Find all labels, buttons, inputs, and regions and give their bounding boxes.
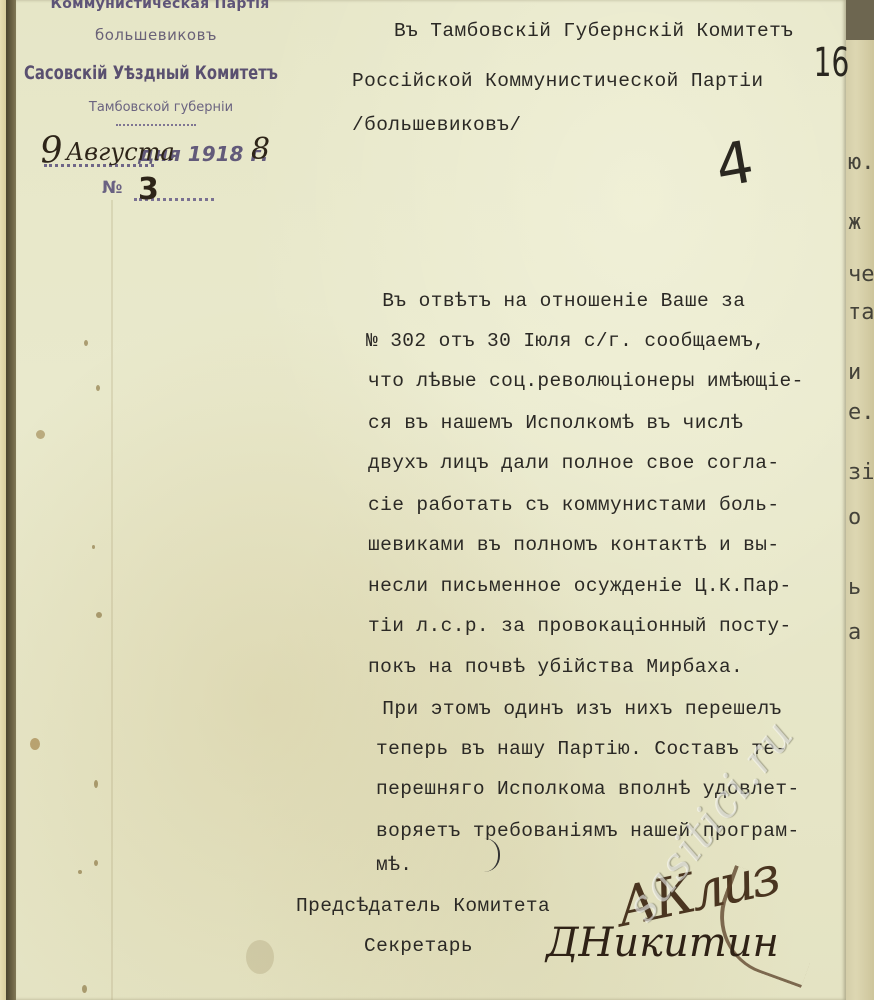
underlying-sheet-fragment: ь [848,575,861,600]
paper-damage-spot [92,545,95,549]
underlying-sheet-fragment: че [848,262,874,287]
paper-damage-spot [30,738,40,750]
body-line: покъ на почвѣ убійства Мирбаха. [368,656,743,678]
body-line: что лѣвые соц.революціонеры имѣющіе- [368,370,804,392]
paper-damage-spot [96,385,100,391]
addressee-line: Въ Тамбовскій Губернскій Комитетъ [394,20,793,42]
secretary-signature: ДНикитин [546,920,779,966]
body-line: несли письменное осужденіе Ц.К.Пар- [368,575,792,597]
addressee-line: /большевиковъ/ [352,114,521,136]
document-scan: ю. ж че та и е. зі о ь а Коммунистическа… [0,0,874,1000]
paper-stain [246,940,274,974]
handwritten-day: 9 [39,129,65,171]
stamp-party-name: Коммунистическая Партія [40,0,280,12]
body-line: мѣ. [376,854,412,876]
body-line: сіе работать съ коммунистами боль- [368,494,779,516]
fold-line [111,200,113,1000]
stamp-number-label: № [102,178,122,198]
paper-damage-spot [82,985,87,993]
body-line: ся въ нашемъ Исполкомѣ въ числѣ [368,412,743,434]
handwritten-year-digit: 8 [251,132,270,167]
handwritten-page-number: 16 [814,40,850,86]
underlying-sheet-fragment: и [848,360,861,385]
body-line: двухъ лицъ дали полное свое согла- [368,452,779,474]
underlying-sheet-fragment: е. [848,400,874,425]
paper-damage-spot [94,860,98,866]
body-line: тіи л.с.р. за провокаціонный посту- [368,615,792,637]
paper-damage-spot [96,612,102,618]
body-line: шевиками въ полномъ контактѣ и вы- [368,534,779,556]
underlying-sheet-fragment: та [848,300,874,325]
underlying-sheet-fragment: ю. [848,150,874,175]
secretary-label: Секретарь [364,935,473,957]
chair-label: Предсѣдатель Комитета [296,895,550,917]
paper-damage-spot [36,430,45,439]
paper-damage-spot [94,780,98,788]
paper-damage-spot [78,870,82,874]
body-line: Въ отвѣтъ на отношеніе Ваше за [346,290,745,312]
addressee-line: Россійской Коммунистической Партіи [352,70,763,92]
paper-damage-spot [84,340,88,346]
handwritten-mark: 4 [710,127,758,200]
stamp-committee-name: Сасовскій Уѣздный Комитетъ [24,62,289,84]
underlying-sheet-fragment: ж [848,210,861,235]
underlying-sheet-fragment: о [848,505,861,530]
stamp-party-faction: большевиковъ [76,26,236,44]
stamp-province: Тамбовской губерніи [76,100,246,115]
body-line: При этомъ одинъ изъ нихъ перешелъ [346,698,782,720]
underlying-sheet-fragment: зі [848,460,874,485]
handwritten-month: Августа [66,138,175,166]
pencil-mark [484,838,500,872]
underlying-sheet-fragment: а [848,620,861,645]
body-line: № 302 отъ 30 Іюля с/г. сообщаемъ, [366,330,765,352]
handwritten-outgoing-number: 3 [138,172,159,207]
letter-sheet: Коммунистическая Партія большевиковъ Сас… [16,0,846,1000]
stamp-ornament [116,124,196,132]
